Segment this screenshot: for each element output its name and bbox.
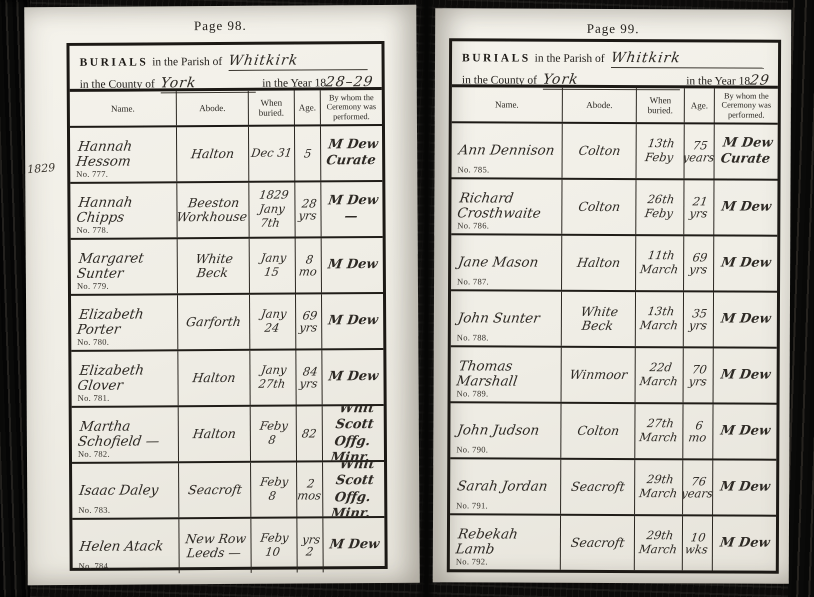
burial-age: 82 bbox=[301, 427, 317, 439]
burial-name: John Sunter bbox=[457, 311, 541, 326]
name-cell: Jane MasonNo. 787. bbox=[451, 235, 561, 289]
officiant-cell: M Dew Curate bbox=[714, 124, 778, 178]
officiant-cell: M Dew bbox=[321, 350, 383, 404]
burial-officiant: M Dew bbox=[326, 257, 378, 274]
county-label: in the County of bbox=[462, 74, 537, 86]
abode-cell: Seacroft bbox=[560, 516, 634, 570]
age-cell: 2 mos bbox=[296, 462, 322, 516]
burial-age: 6 mo bbox=[687, 419, 708, 443]
burial-name: Elizabeth Glover bbox=[77, 363, 178, 393]
burial-abode: Colton bbox=[577, 200, 621, 215]
burial-officiant: M Dew — bbox=[321, 193, 382, 226]
name-cell: Ann DennisonNo. 785. bbox=[452, 123, 562, 177]
column-header-when-buried: When buried. bbox=[248, 91, 294, 125]
burial-name: John Judson bbox=[456, 423, 540, 438]
burial-date: Jany 24 bbox=[258, 308, 287, 336]
burial-abode: Garforth bbox=[185, 315, 242, 330]
parish-label: in the Parish of bbox=[535, 53, 605, 65]
record-number: No. 787. bbox=[457, 276, 489, 286]
column-header-age: Age. bbox=[684, 88, 714, 122]
record-number: No. 777. bbox=[76, 169, 108, 179]
column-header-abode: Abode. bbox=[562, 88, 636, 122]
column-header-when-buried: When buried. bbox=[636, 88, 684, 122]
when-cell: Jany 27th bbox=[249, 351, 295, 405]
abode-cell: Seacroft bbox=[560, 460, 634, 514]
burial-abode: White Beck bbox=[178, 251, 249, 280]
burial-officiant: Whit Scott Offg. Minr. bbox=[322, 406, 384, 460]
age-cell: 82 bbox=[296, 406, 322, 460]
abode-cell: Colton bbox=[562, 124, 636, 178]
burial-row-785: Ann DennisonNo. 785. Colton 13th Feby 75… bbox=[452, 123, 778, 180]
burial-row-790: John JudsonNo. 790. Colton 27th March 6 … bbox=[450, 403, 776, 460]
page-gutter-shadow bbox=[418, 0, 434, 597]
burial-date: Jany 15 bbox=[258, 252, 287, 280]
name-cell: Margaret SunterNo. 779. bbox=[71, 239, 177, 294]
burial-date: Feby 8 bbox=[258, 476, 290, 504]
officiant-cell: M Dew bbox=[321, 294, 383, 348]
burial-abode: Seacroft bbox=[570, 536, 626, 551]
burial-officiant: M Dew bbox=[328, 537, 380, 554]
name-cell: Helen AtackNo. 784. bbox=[72, 519, 178, 574]
register-page-99: Page 99. BURIALS in the Parish of Whitki… bbox=[433, 8, 792, 584]
name-cell: John SunterNo. 788. bbox=[451, 291, 561, 345]
burial-date: Jany 27th bbox=[258, 364, 288, 392]
burial-officiant: Whit Scott Offg. Minr. bbox=[322, 462, 384, 516]
record-number: No. 785. bbox=[458, 164, 490, 174]
burial-row-777: Hannah HessomNo. 777. Halton Dec 31 5 M … bbox=[70, 126, 382, 184]
book-page-edge-right bbox=[788, 0, 814, 597]
column-header-ceremony: By whom the Ceremony was performed. bbox=[714, 88, 778, 122]
age-cell: 75 years bbox=[684, 124, 714, 178]
when-cell: Jany 24 bbox=[249, 295, 295, 349]
burial-date: 27th March bbox=[638, 417, 680, 445]
burial-age: 2 mos bbox=[296, 477, 322, 501]
officiant-cell: M Dew bbox=[713, 292, 777, 346]
county-name-handwritten: York bbox=[542, 72, 580, 88]
record-number: No. 788. bbox=[457, 332, 489, 342]
burial-row-789: Thomas MarshallNo. 789. Winmoor 22d Marc… bbox=[451, 347, 777, 404]
year-handwritten: 28–29 bbox=[325, 74, 375, 90]
burial-age: 69 yrs bbox=[688, 251, 709, 275]
officiant-cell: M Dew bbox=[712, 460, 776, 514]
burial-row-788: John SunterNo. 788. White Beck 13th Marc… bbox=[451, 291, 777, 348]
abode-cell: White Beck bbox=[561, 292, 635, 346]
age-cell: 70 yrs bbox=[683, 348, 713, 402]
when-cell: Dec 31 bbox=[248, 127, 294, 181]
name-cell: Rebekah LambNo. 792. bbox=[450, 515, 560, 569]
age-cell: 69 yrs bbox=[295, 294, 321, 348]
column-header-name: Name. bbox=[452, 87, 562, 121]
burial-date: 22d March bbox=[638, 361, 680, 389]
burial-age: yrs 2 bbox=[299, 533, 320, 557]
burial-age: 10 wks bbox=[684, 531, 710, 555]
record-number: No. 781. bbox=[78, 393, 110, 403]
burial-officiant: M Dew bbox=[719, 367, 771, 383]
burial-row-781: Elizabeth GloverNo. 781. Halton Jany 27t… bbox=[71, 350, 383, 408]
burial-age: 70 yrs bbox=[687, 363, 708, 387]
column-header-ceremony: By whom the Ceremony was performed. bbox=[320, 90, 382, 124]
burial-age: 28 yrs bbox=[297, 197, 318, 221]
record-number: No. 780. bbox=[77, 337, 109, 347]
parish-name-handwritten: Whitkirk bbox=[227, 53, 299, 69]
when-cell: 11th March bbox=[635, 236, 683, 290]
burial-name: Hannah Chipps bbox=[75, 195, 176, 225]
burial-age: 8 mo bbox=[298, 253, 319, 277]
when-cell: Feby 8 bbox=[250, 407, 296, 461]
name-cell: Elizabeth PorterNo. 780. bbox=[71, 295, 177, 350]
when-cell: Feby 8 bbox=[250, 463, 296, 517]
record-number: No. 790. bbox=[456, 444, 488, 454]
column-header-name: Name. bbox=[70, 91, 176, 126]
burial-name: Sarah Jordan bbox=[456, 479, 548, 494]
burial-abode: New Row Leeds — bbox=[183, 531, 248, 560]
officiant-cell: Whit Scott Offg. Minr. bbox=[322, 462, 384, 516]
burial-name: Jane Mason bbox=[457, 255, 539, 270]
register-header: BURIALS in the Parish of Whitkirk in the… bbox=[69, 44, 381, 92]
officiant-cell: M Dew bbox=[712, 404, 776, 458]
when-cell: 1829 Jany 7th bbox=[248, 183, 294, 237]
burial-date: 13th March bbox=[638, 305, 680, 333]
abode-cell: Seacroft bbox=[178, 463, 250, 517]
name-cell: Martha Schofield —No. 782. bbox=[72, 407, 178, 462]
burials-label: BURIALS bbox=[462, 52, 531, 64]
column-header-abode: Abode. bbox=[176, 91, 248, 125]
when-cell: 29th March bbox=[634, 516, 682, 570]
burial-age: 5 bbox=[303, 147, 312, 159]
burial-date: 13th Feby bbox=[637, 137, 684, 165]
record-number: No. 778. bbox=[77, 225, 109, 235]
burial-name: Ann Dennison bbox=[458, 143, 556, 158]
burial-date: 29th March bbox=[638, 473, 680, 501]
burial-abode: Seacroft bbox=[187, 483, 243, 498]
abode-cell: Garforth bbox=[177, 295, 249, 349]
abode-cell: Colton bbox=[561, 180, 635, 234]
age-cell: 28 yrs bbox=[294, 182, 320, 236]
when-cell: Feby 10 bbox=[250, 519, 296, 573]
year-label: in the Year 18 bbox=[262, 77, 326, 89]
burial-name: Elizabeth Porter bbox=[76, 307, 177, 337]
burial-row-791: Sarah JordanNo. 791. Seacroft 29th March… bbox=[450, 459, 776, 516]
burial-abode: Beeston Workhouse bbox=[176, 195, 248, 224]
burial-abode: Colton bbox=[577, 144, 621, 159]
burial-officiant: M Dew bbox=[719, 423, 771, 439]
burial-row-783: Isaac DaleyNo. 783. Seacroft Feby 8 2 mo… bbox=[72, 462, 384, 520]
abode-cell: Colton bbox=[560, 404, 634, 458]
burial-name: Richard Crosthwaite bbox=[456, 191, 561, 221]
when-cell: 13th Feby bbox=[636, 124, 684, 178]
burial-date: 1829 Jany 7th bbox=[249, 189, 295, 231]
age-cell: 8 mo bbox=[295, 238, 321, 292]
burial-age: 69 yrs bbox=[298, 309, 319, 333]
burial-row-786: Richard CrosthwaiteNo. 786. Colton 26th … bbox=[451, 179, 777, 236]
burial-register-table: BURIALS in the Parish of Whitkirk in the… bbox=[447, 38, 781, 573]
name-cell: Sarah JordanNo. 791. bbox=[450, 459, 560, 513]
column-header-age: Age. bbox=[294, 90, 320, 124]
burial-officiant: M Dew bbox=[719, 311, 771, 327]
record-number: No. 784. bbox=[79, 561, 111, 571]
burial-name: Isaac Daley bbox=[78, 483, 159, 498]
burial-name: Thomas Marshall bbox=[456, 359, 561, 389]
officiant-cell: M Dew bbox=[713, 348, 777, 402]
abode-cell: Winmoor bbox=[561, 348, 635, 402]
record-number: No. 786. bbox=[457, 220, 489, 230]
age-cell: 69 yrs bbox=[683, 236, 713, 290]
age-cell: 10 wks bbox=[682, 516, 712, 570]
name-cell: John JudsonNo. 790. bbox=[450, 403, 560, 457]
burial-row-787: Jane MasonNo. 787. Halton 11th March 69 … bbox=[451, 235, 777, 292]
burial-abode: Halton bbox=[192, 427, 237, 442]
burial-register-table: BURIALS in the Parish of Whitkirk in the… bbox=[66, 41, 387, 571]
burials-label: BURIALS bbox=[80, 56, 149, 68]
burial-date: Feby 8 bbox=[257, 420, 289, 448]
burial-abode: Halton bbox=[190, 147, 235, 162]
abode-cell: Beeston Workhouse bbox=[176, 183, 248, 237]
abode-cell: Halton bbox=[177, 351, 249, 405]
burial-row-782: Martha Schofield —No. 782. Halton Feby 8… bbox=[72, 406, 384, 464]
burial-abode: Colton bbox=[576, 424, 620, 439]
burial-row-778: Hannah ChippsNo. 778. Beeston Workhouse … bbox=[70, 182, 382, 240]
name-cell: Thomas MarshallNo. 789. bbox=[451, 347, 561, 401]
year-handwritten: 29 bbox=[749, 73, 771, 89]
burial-date: Feby 10 bbox=[258, 532, 290, 560]
when-cell: 29th March bbox=[634, 460, 682, 514]
abode-cell: Halton bbox=[176, 127, 248, 181]
burial-age: 75 years bbox=[684, 139, 714, 163]
name-cell: Hannah ChippsNo. 778. bbox=[70, 183, 176, 238]
burial-abode: Halton bbox=[192, 371, 237, 386]
parish-label: in the Parish of bbox=[152, 56, 222, 68]
margin-year-note: 1829 bbox=[27, 161, 56, 176]
officiant-cell: M Dew Curate bbox=[320, 126, 382, 180]
burial-officiant: M Dew bbox=[720, 199, 772, 215]
register-page-98: Page 98. 1829 BURIALS in the Parish of W… bbox=[24, 5, 420, 585]
officiant-cell: Whit Scott Offg. Minr. bbox=[322, 406, 384, 460]
year-label: in the Year 18 bbox=[686, 75, 750, 87]
when-cell: 13th March bbox=[635, 292, 683, 346]
when-cell: 27th March bbox=[634, 404, 682, 458]
burial-age: 84 yrs bbox=[298, 365, 319, 389]
age-cell: 21 yrs bbox=[683, 180, 713, 234]
parish-name-handwritten: Whitkirk bbox=[609, 50, 681, 66]
officiant-cell: M Dew bbox=[322, 518, 384, 572]
age-cell: yrs 2 bbox=[296, 518, 322, 572]
record-number: No. 791. bbox=[456, 500, 488, 510]
burial-name: Margaret Sunter bbox=[76, 251, 177, 281]
record-number: No. 789. bbox=[457, 388, 489, 398]
abode-cell: Halton bbox=[178, 407, 250, 461]
burial-name: Helen Atack bbox=[79, 539, 165, 554]
when-cell: 22d March bbox=[635, 348, 683, 402]
age-cell: 5 bbox=[294, 126, 320, 180]
register-header: BURIALS in the Parish of Whitkirk in the… bbox=[452, 41, 778, 88]
officiant-cell: M Dew bbox=[713, 236, 777, 290]
burial-abode: Winmoor bbox=[568, 368, 628, 383]
burial-date: 11th March bbox=[639, 249, 681, 277]
column-headers: Name. Abode. When buried. Age. By whom t… bbox=[70, 90, 382, 128]
age-cell: 6 mo bbox=[682, 404, 712, 458]
burial-row-780: Elizabeth PorterNo. 780. Garforth Jany 2… bbox=[71, 294, 383, 352]
parish-line: BURIALS in the Parish of Whitkirk bbox=[80, 51, 374, 72]
when-cell: 26th Feby bbox=[635, 180, 683, 234]
officiant-cell: M Dew — bbox=[320, 182, 382, 236]
burial-officiant: M Dew bbox=[327, 313, 379, 330]
age-cell: 35 yrs bbox=[683, 292, 713, 346]
name-cell: Elizabeth GloverNo. 781. bbox=[71, 351, 177, 406]
record-number: No. 779. bbox=[77, 281, 109, 291]
name-cell: Hannah HessomNo. 777. bbox=[70, 127, 176, 182]
scanned-register-spread: Page 98. 1829 BURIALS in the Parish of W… bbox=[0, 0, 814, 597]
burial-name: Hannah Hessom bbox=[75, 139, 176, 169]
page-number: Page 98. bbox=[24, 5, 416, 41]
burial-age: 76 years bbox=[682, 475, 712, 499]
name-cell: Richard CrosthwaiteNo. 786. bbox=[451, 179, 561, 233]
burial-name: Rebekah Lamb bbox=[455, 527, 560, 557]
abode-cell: Halton bbox=[561, 236, 635, 290]
burial-row-792: Rebekah LambNo. 792. Seacroft 29th March… bbox=[450, 515, 776, 570]
column-headers: Name. Abode. When buried. Age. By whom t… bbox=[452, 87, 778, 124]
record-number: No. 782. bbox=[78, 449, 110, 459]
burial-officiant: M Dew bbox=[719, 479, 771, 495]
burial-row-784: Helen AtackNo. 784. New Row Leeds — Feby… bbox=[72, 518, 384, 574]
burial-officiant: M Dew Curate bbox=[719, 135, 773, 168]
burial-name: Martha Schofield — bbox=[77, 420, 162, 450]
county-name-handwritten: York bbox=[160, 75, 198, 91]
county-label: in the County of bbox=[80, 78, 155, 90]
parish-line: BURIALS in the Parish of Whitkirk bbox=[462, 48, 770, 68]
name-cell: Isaac DaleyNo. 783. bbox=[72, 463, 178, 518]
officiant-cell: M Dew bbox=[321, 238, 383, 292]
abode-cell: White Beck bbox=[177, 239, 249, 293]
officiant-cell: M Dew bbox=[713, 180, 777, 234]
burial-officiant: M Dew bbox=[720, 255, 772, 271]
record-number: No. 792. bbox=[456, 556, 488, 566]
burial-officiant: M Dew bbox=[327, 369, 379, 386]
abode-cell: New Row Leeds — bbox=[178, 519, 250, 573]
burial-officiant: M Dew bbox=[718, 535, 770, 551]
burial-date: 29th March bbox=[637, 529, 679, 557]
when-cell: Jany 15 bbox=[249, 239, 295, 293]
burial-abode: Halton bbox=[576, 256, 621, 271]
age-cell: 84 yrs bbox=[295, 350, 321, 404]
burial-date: 26th Feby bbox=[636, 193, 683, 221]
burial-officiant: M Dew Curate bbox=[325, 137, 379, 170]
record-number: No. 783. bbox=[78, 505, 110, 515]
burial-row-779: Margaret SunterNo. 779. White Beck Jany … bbox=[71, 238, 383, 296]
burial-abode: White Beck bbox=[562, 304, 635, 333]
burial-date: Dec 31 bbox=[250, 147, 293, 161]
burial-age: 35 yrs bbox=[688, 307, 709, 331]
burial-abode: Seacroft bbox=[570, 480, 626, 495]
burial-age: 21 yrs bbox=[688, 195, 709, 219]
age-cell: 76 years bbox=[682, 460, 712, 514]
officiant-cell: M Dew bbox=[712, 516, 776, 570]
